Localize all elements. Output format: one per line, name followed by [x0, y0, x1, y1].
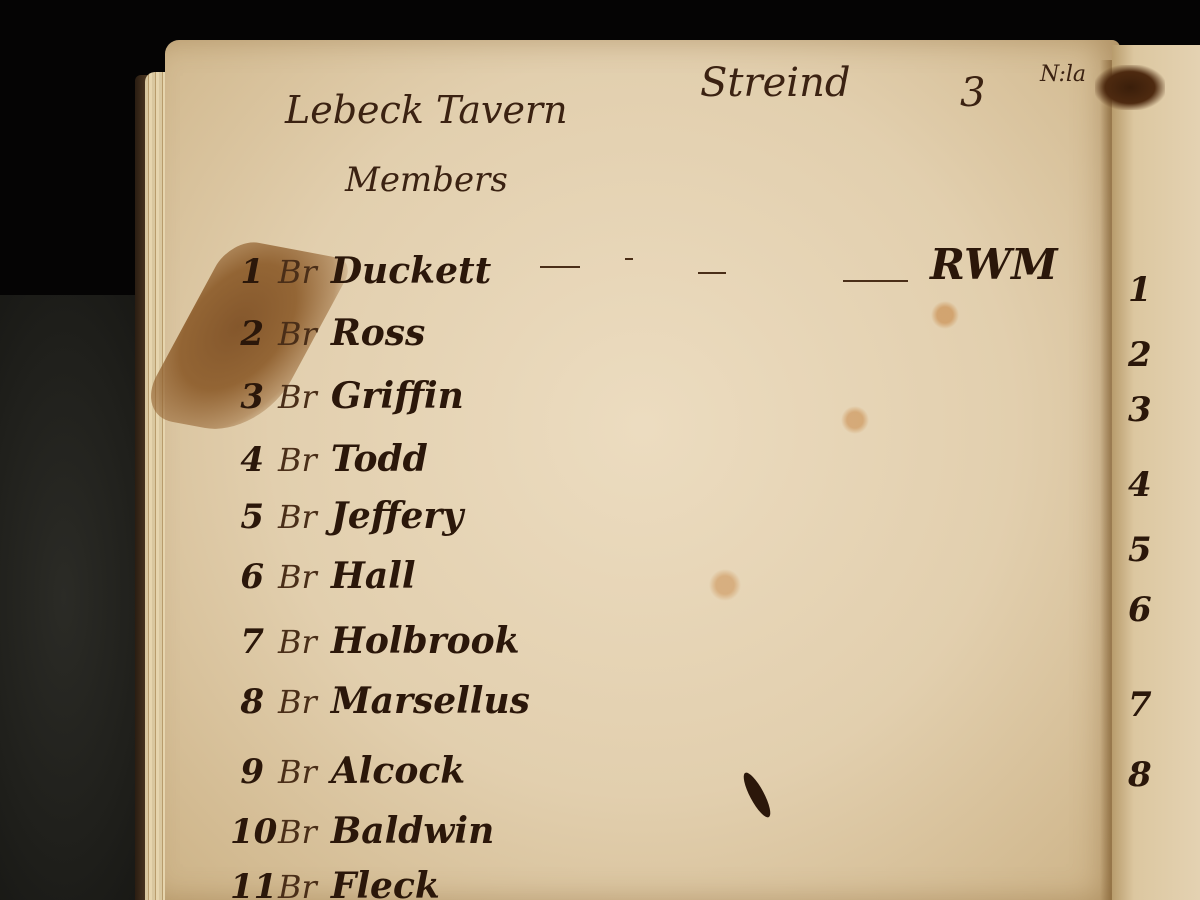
member-name: Duckett: [331, 250, 491, 292]
right-number: 3: [1128, 390, 1152, 430]
right-page: [1112, 45, 1200, 900]
member-title: Br: [278, 868, 317, 900]
member-row: 4 Br Todd: [230, 438, 428, 480]
right-number: 4: [1128, 465, 1152, 505]
member-name: Jeffery: [331, 495, 464, 537]
member-number: 3: [230, 377, 264, 417]
right-number: 8: [1128, 755, 1152, 795]
dash-mark: [540, 266, 580, 268]
member-number: 5: [230, 497, 264, 537]
member-name: Griffin: [331, 375, 464, 417]
heading-number: 3: [960, 70, 985, 116]
member-number: 4: [230, 440, 264, 480]
member-name: Alcock: [331, 750, 465, 792]
officer-note: RWM: [930, 240, 1058, 289]
member-row: 3 Br Griffin: [230, 375, 464, 417]
member-title: Br: [278, 378, 317, 416]
heading-location: Streind: [700, 60, 850, 106]
member-row: 8 Br Marsellus: [230, 680, 530, 722]
member-title: Br: [278, 498, 317, 536]
member-name: Todd: [331, 438, 428, 480]
member-row: 7 Br Holbrook: [230, 620, 520, 662]
member-title: Br: [278, 683, 317, 721]
member-row: 6 Br Hall: [230, 555, 416, 597]
right-number: 6: [1128, 590, 1152, 630]
member-title: Br: [278, 558, 317, 596]
members-heading: Members: [345, 160, 508, 200]
member-title: Br: [278, 441, 317, 479]
member-row: 1 Br Duckett: [230, 250, 491, 292]
member-title: Br: [278, 753, 317, 791]
member-row: 10 Br Baldwin: [230, 810, 494, 852]
member-number: 6: [230, 557, 264, 597]
member-number: 7: [230, 622, 264, 662]
member-name: Holbrook: [331, 620, 520, 662]
member-number: 10: [230, 812, 264, 852]
member-title: Br: [278, 253, 317, 291]
member-name: Hall: [331, 555, 416, 597]
member-row: 2 Br Ross: [230, 312, 425, 354]
member-title: Br: [278, 315, 317, 353]
right-number: 5: [1128, 530, 1152, 570]
member-row: 11 Br Fleck: [230, 865, 440, 900]
member-title: Br: [278, 813, 317, 851]
member-row: 9 Br Alcock: [230, 750, 465, 792]
right-number: 2: [1128, 335, 1152, 375]
dash-mark: [843, 280, 908, 282]
member-number: 8: [230, 682, 264, 722]
member-number: 1: [230, 252, 264, 292]
member-number: 9: [230, 752, 264, 792]
member-name: Baldwin: [331, 810, 494, 852]
member-number: 11: [230, 867, 264, 900]
member-number: 2: [230, 314, 264, 354]
member-name: Fleck: [331, 865, 440, 900]
ink-blot-corner: [1095, 65, 1165, 110]
dash-mark: [625, 258, 633, 260]
right-number: 1: [1128, 270, 1152, 310]
member-row: 5 Br Jeffery: [230, 495, 463, 537]
member-name: Marsellus: [331, 680, 530, 722]
heading-fragment: N:la: [1040, 62, 1086, 87]
heading-tavern: Lebeck Tavern: [285, 88, 568, 132]
dash-mark: [698, 272, 726, 274]
right-number: 7: [1128, 685, 1152, 725]
member-name: Ross: [331, 312, 425, 354]
member-title: Br: [278, 623, 317, 661]
